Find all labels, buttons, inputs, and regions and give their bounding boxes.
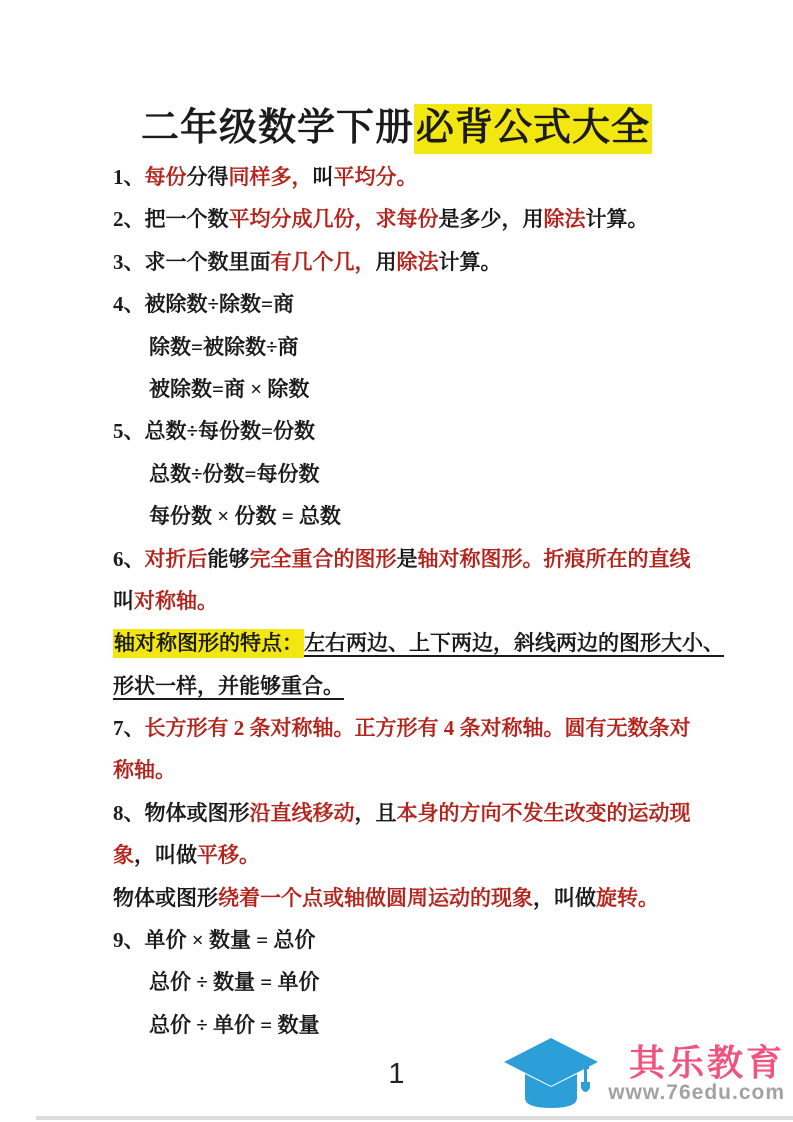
text-segment: 8、物体或图形 xyxy=(113,801,250,825)
text-segment: 叫 xyxy=(313,165,334,189)
text-segment: 本身的方向不发生改变的运动现 xyxy=(397,801,691,825)
footer-logo: 其乐教育 www.76edu.com xyxy=(498,1036,785,1112)
formula-line: 1、每份分得同样多，叫平均分。 xyxy=(113,156,691,198)
graduation-cap-icon xyxy=(498,1036,604,1112)
formula-line: 4、被除数÷除数=商 xyxy=(113,283,691,325)
text-segment: 轴对称图形。折痕所在的直线 xyxy=(418,547,691,571)
brand-name: 其乐教育 xyxy=(629,1044,785,1082)
text-segment: 5、总数÷每份数=份数 xyxy=(113,419,315,443)
text-segment: 计算。 xyxy=(586,207,649,231)
formula-line: 2、把一个数平均分成几份，求每份是多少，用除法计算。 xyxy=(113,198,691,240)
text-segment: 左右两边、上下两边，斜线两边的图形大小、 xyxy=(304,631,724,655)
formula-line: 形状一样，并能够重合。 xyxy=(113,665,691,707)
formula-line: 被除数=商 × 除数 xyxy=(113,368,691,410)
text-segment: 完全重合的图形 xyxy=(250,547,397,571)
text-segment: 每份数 × 份数 = 总数 xyxy=(149,504,341,528)
text-segment: 每份 xyxy=(145,165,187,189)
text-segment: 轴对称图形的特点： xyxy=(113,629,304,658)
text-segment: 是 xyxy=(397,547,418,571)
text-segment: 能够 xyxy=(208,547,250,571)
text-segment: 总价 ÷ 单价 = 数量 xyxy=(149,1013,320,1037)
text-segment: 沿直线移动 xyxy=(250,801,355,825)
text-segment: ，叫做 xyxy=(533,886,596,910)
page-title-highlighted: 必背公式大全 xyxy=(414,104,652,154)
text-segment: 分得 xyxy=(187,165,229,189)
formula-line: 象，叫做平移。 xyxy=(113,834,691,876)
formula-line: 3、求一个数里面有几个几，用除法计算。 xyxy=(113,241,691,283)
content-lines: 1、每份分得同样多，叫平均分。2、把一个数平均分成几份，求每份是多少，用除法计算… xyxy=(113,156,691,1046)
formula-line: 物体或图形绕着一个点或轴做圆周运动的现象，叫做旋转。 xyxy=(113,877,691,919)
formula-line: 叫对称轴。 xyxy=(113,580,691,622)
text-segment: 6、 xyxy=(113,547,145,571)
formula-line: 7、长方形有 2 条对称轴。正方形有 4 条对称轴。圆有无数条对 xyxy=(113,707,691,749)
text-segment: 总价 ÷ 数量 = 单价 xyxy=(149,970,320,994)
text-segment: 是多少，用 xyxy=(439,207,544,231)
text-segment: 叫 xyxy=(113,589,134,613)
text-segment: 计算。 xyxy=(439,250,502,274)
formula-line: 9、单价 × 数量 = 总价 xyxy=(113,919,691,961)
footer-divider xyxy=(36,1116,793,1120)
page-title-plain: 二年级数学下册 xyxy=(141,107,414,149)
text-segment: 平均分成几份，求每份 xyxy=(229,207,439,231)
text-segment: ，叫做 xyxy=(134,843,197,867)
text-segment: 旋转。 xyxy=(596,886,659,910)
text-segment: 对折后 xyxy=(145,547,208,571)
text-segment: 称轴。 xyxy=(113,758,176,782)
formula-line: 称轴。 xyxy=(113,749,691,791)
brand-url: www.76edu.com xyxy=(608,1081,785,1104)
text-segment: 被除数=商 × 除数 xyxy=(149,377,309,401)
text-segment: 对称轴。 xyxy=(134,589,218,613)
text-segment: 除数=被除数÷商 xyxy=(149,335,299,359)
document-page: 二年级数学下册必背公式大全 1、每份分得同样多，叫平均分。2、把一个数平均分成几… xyxy=(0,0,793,1122)
text-segment: 有几个几， xyxy=(271,250,376,274)
formula-line: 轴对称图形的特点：左右两边、上下两边，斜线两边的图形大小、 xyxy=(113,622,691,664)
formula-line: 6、对折后能够完全重合的图形是轴对称图形。折痕所在的直线 xyxy=(113,538,691,580)
text-segment: 2、把一个数 xyxy=(113,207,229,231)
text-segment: 总数÷份数=每份数 xyxy=(149,462,320,486)
formula-line: 8、物体或图形沿直线移动，且本身的方向不发生改变的运动现 xyxy=(113,792,691,834)
formula-line: 总数÷份数=每份数 xyxy=(113,453,691,495)
text-segment: 形状一样，并能够重合。 xyxy=(113,674,344,698)
text-segment: 绕着一个点或轴做圆周运动的现象 xyxy=(218,886,533,910)
text-segment: 3、求一个数里面 xyxy=(113,250,271,274)
formula-line: 除数=被除数÷商 xyxy=(113,326,691,368)
text-segment: 平均分。 xyxy=(334,165,418,189)
text-segment: 象 xyxy=(113,843,134,867)
text-segment: 4、被除数÷除数=商 xyxy=(113,292,294,316)
text-segment: 除法 xyxy=(544,207,586,231)
text-segment: 除法 xyxy=(397,250,439,274)
text-segment: 9、单价 × 数量 = 总价 xyxy=(113,928,315,952)
text-segment: 物体或图形 xyxy=(113,886,218,910)
text-segment: 用 xyxy=(376,250,397,274)
text-segment: 平移。 xyxy=(197,843,260,867)
formula-line: 5、总数÷每份数=份数 xyxy=(113,410,691,452)
text-segment: 1、 xyxy=(113,165,145,189)
formula-line: 总价 ÷ 数量 = 单价 xyxy=(113,961,691,1003)
text-segment: ，且 xyxy=(355,801,397,825)
formula-line: 每份数 × 份数 = 总数 xyxy=(113,495,691,537)
brand-block: 其乐教育 www.76edu.com xyxy=(608,1044,785,1105)
text-segment: 同样多， xyxy=(229,165,313,189)
page-title: 二年级数学下册必背公式大全 xyxy=(0,96,793,151)
text-segment: 7、 xyxy=(113,716,145,740)
text-segment: 长方形有 2 条对称轴。正方形有 4 条对称轴。圆有无数条对 xyxy=(145,716,691,740)
